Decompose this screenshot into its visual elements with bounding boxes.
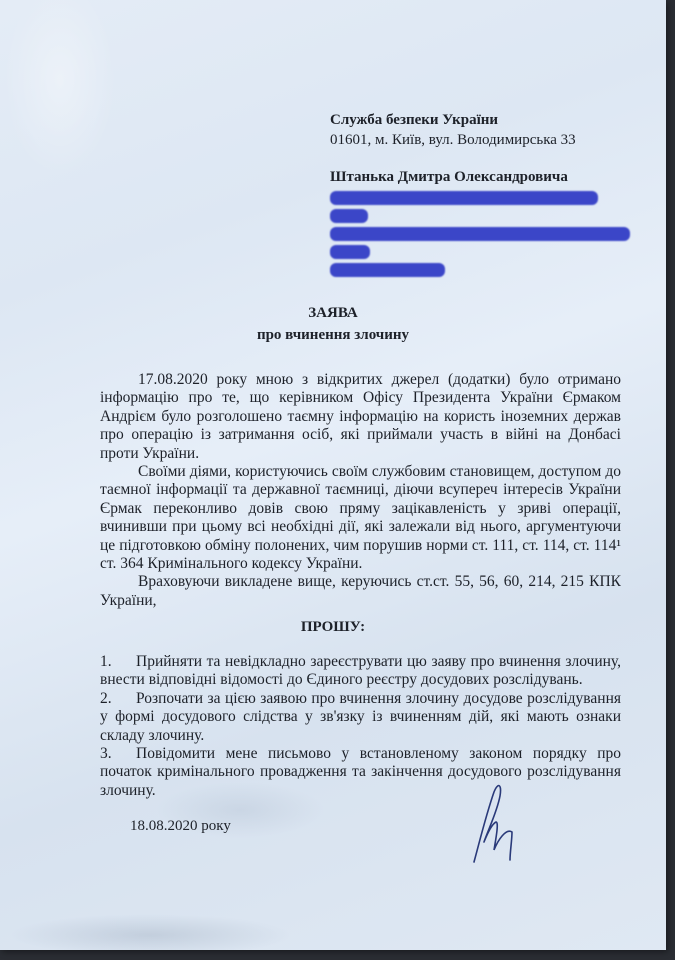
redacted-line (330, 191, 598, 205)
addressee-org: Служба безпеки України (330, 110, 630, 130)
request-item: 2.Розпочати за цією заявою про вчинення … (100, 690, 621, 745)
item-number: 2. (100, 690, 136, 708)
document-title-block: ЗАЯВА про вчинення злочину (0, 304, 666, 345)
request-item: 3.Повідомити мене письмово у встановлено… (100, 745, 621, 800)
item-text: Повідомити мене письмово у встановленому… (100, 745, 621, 799)
document-subtitle: про вчинення злочину (0, 326, 666, 345)
request-list: 1.Прийняти та невідкладно зареєструвати … (100, 653, 621, 800)
paragraph: 17.08.2020 року мною з відкритих джерел … (100, 371, 621, 463)
signature-icon (466, 780, 526, 870)
request-heading: ПРОШУ: (0, 619, 666, 636)
sender-name: Штанька Дмитра Олександровича (330, 167, 630, 187)
document-page: Служба безпеки України 01601, м. Київ, в… (0, 0, 666, 950)
redacted-line (330, 245, 370, 259)
document-date: 18.08.2020 року (130, 818, 231, 835)
document-title: ЗАЯВА (0, 304, 666, 323)
item-text: Розпочати за цією заявою про вчинення зл… (100, 690, 621, 744)
item-number: 3. (100, 745, 136, 763)
addressee-block: Служба безпеки України 01601, м. Київ, в… (330, 110, 630, 277)
statement-body: 17.08.2020 року мною з відкритих джерел … (100, 371, 621, 610)
redacted-line (330, 209, 368, 223)
paragraph: Своїми діями, користуючись своїм службов… (100, 463, 621, 573)
paragraph: Враховуючи викладене вище, керуючись ст.… (100, 573, 621, 610)
redacted-line (330, 227, 630, 241)
request-item: 1.Прийняти та невідкладно зареєструвати … (100, 653, 621, 690)
addressee-address: 01601, м. Київ, вул. Володимирська 33 (330, 130, 630, 150)
item-text: Прийняти та невідкладно зареєструвати цю… (100, 653, 621, 688)
item-number: 1. (100, 653, 136, 671)
redacted-line (330, 263, 445, 277)
